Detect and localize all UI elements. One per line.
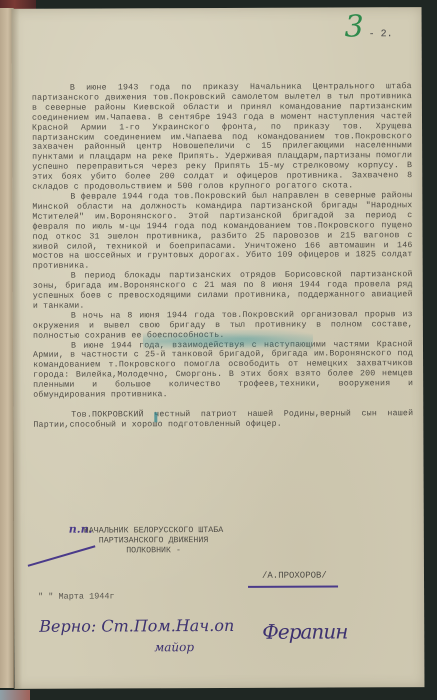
- page-number: - 2.: [369, 29, 393, 40]
- handwritten-rank: майор: [154, 640, 194, 654]
- signatory-title-block: НАЧАЛЬНИК БЕЛОРУССКОГО ШТАБА ПАРТИЗАНСКО…: [84, 526, 224, 557]
- signatory-title-line-2: ПАРТИЗАНСКОГО ДВИЖЕНИЯ: [84, 536, 223, 547]
- document-page: 3 - 2. В июне 1943 года по приказу Начал…: [12, 7, 425, 689]
- paragraph-6: Тов.ПОКРОВСКИЙ честный патриот нашей Род…: [33, 409, 413, 430]
- document-scan: 3 - 2. В июне 1943 года по приказу Начал…: [0, 0, 437, 700]
- signatory-title-line-1: НАЧАЛЬНИК БЕЛОРУССКОГО ШТАБА: [84, 526, 223, 537]
- signatory-name: /А.ПРОХОРОВ/: [262, 571, 327, 581]
- stamp-mark: [154, 412, 157, 422]
- paragraph-1: В июне 1943 года по приказу Начальника Ц…: [32, 82, 412, 193]
- signatory-underline: [248, 585, 338, 587]
- signatory-title-line-3: ПОЛКОВНИК -: [84, 546, 223, 557]
- handwritten-signature: Ферапин: [262, 619, 347, 643]
- document-body: В июне 1943 года по приказу Начальника Ц…: [32, 82, 414, 430]
- paragraph-4: В ночь на 8 июня 1944 года тов.Покровски…: [33, 310, 413, 341]
- handwritten-certification: Верно: Ст.Пом.Нач.оп: [39, 616, 234, 636]
- folio-number: 3: [345, 9, 364, 44]
- page-gutter-shadow: [12, 9, 23, 689]
- paragraph-5: В июне 1944 года, взаимодействуя с насту…: [33, 340, 413, 401]
- paragraph-2: В феврале 1944 года тов.Покровский был н…: [32, 191, 412, 272]
- book-binding-bottom: [0, 690, 30, 700]
- paragraph-3: В период блокады партизанских отрядов Бо…: [33, 270, 413, 311]
- document-date: " " Марта 1944г: [38, 591, 115, 601]
